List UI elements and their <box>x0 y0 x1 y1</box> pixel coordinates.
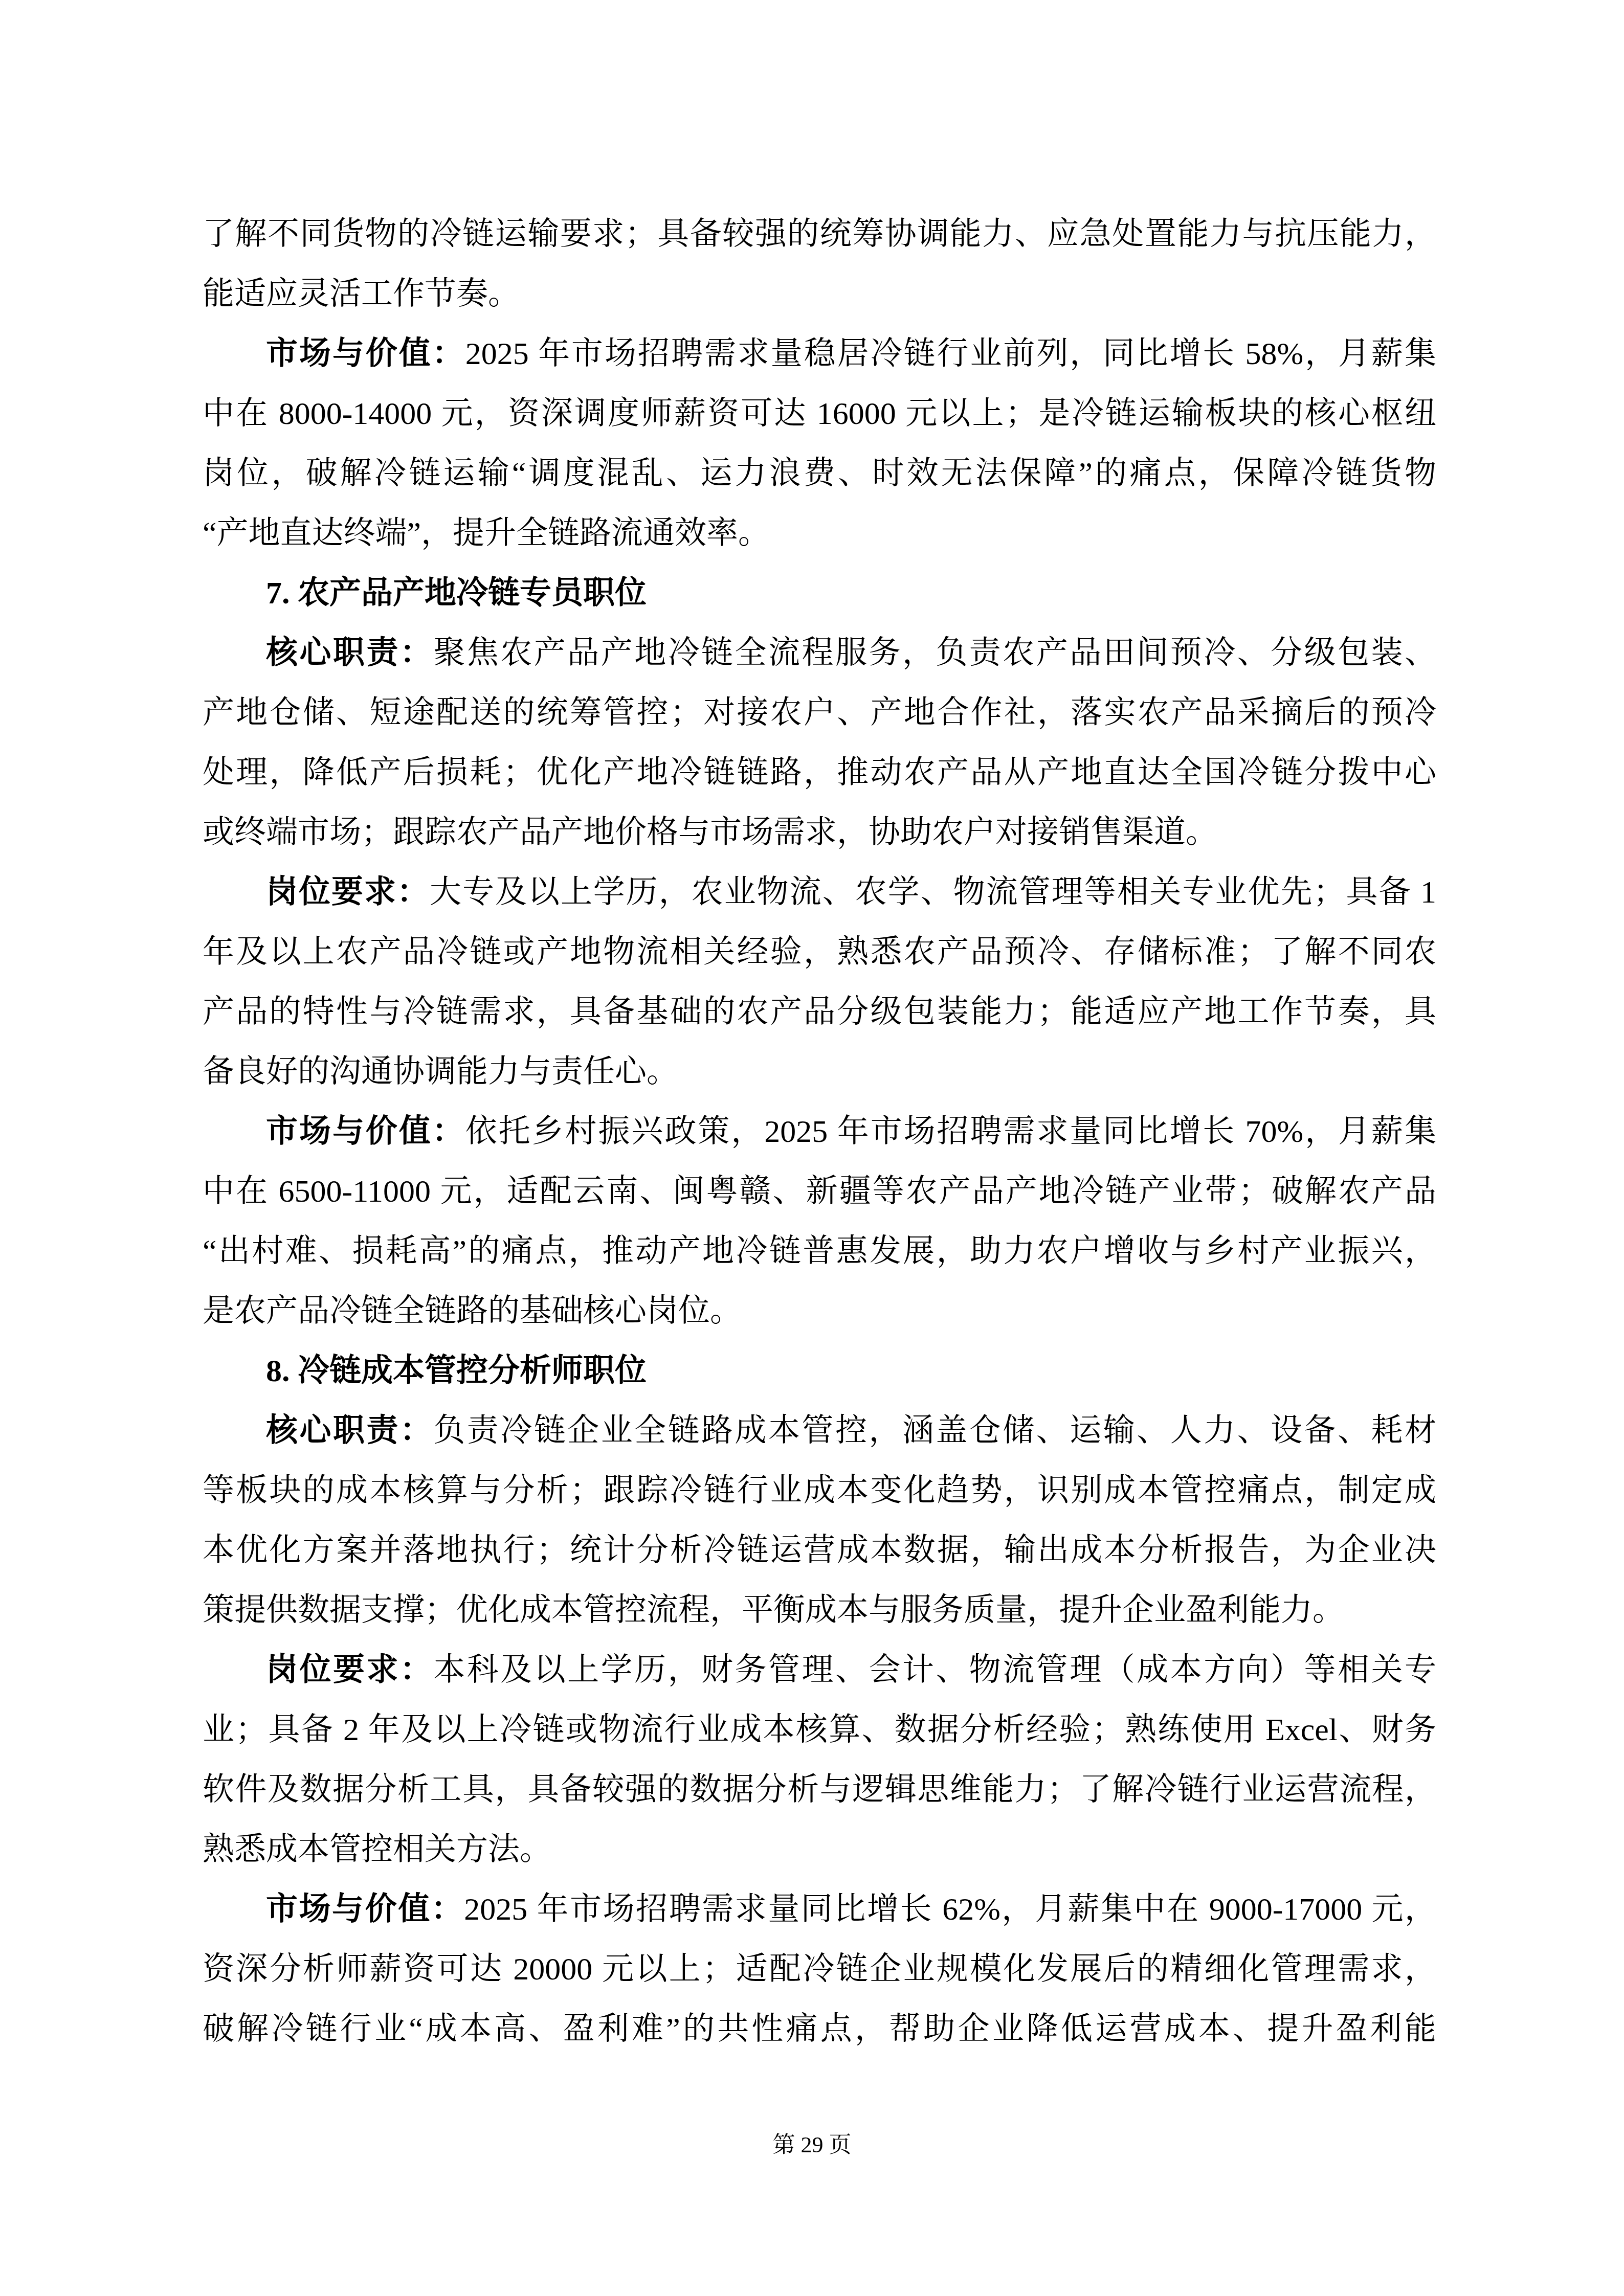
text-line: 岗位，破解冷链运输“调度混乱、运力浪费、时效无法保障”的痛点，保障冷链货物 <box>203 444 1436 504</box>
text-line: 了解不同货物的冷链运输要求；具备较强的统筹协调能力、应急处置能力与抗压能力， <box>203 205 1436 264</box>
text-line: 产品的特性与冷链需求，具备基础的农产品分级包装能力；能适应产地工作节奏，具 <box>203 982 1436 1042</box>
line-text: 2025 年市场招聘需求量稳居冷链行业前列，同比增长 58%，月薪集 <box>465 336 1436 371</box>
line-text: 备良好的沟通协调能力与责任心。 <box>203 1054 678 1089</box>
text-line: 岗位要求：本科及以上学历，财务管理、会计、物流管理（成本方向）等相关专 <box>203 1640 1436 1700</box>
text-line: 本优化方案并落地执行；统计分析冷链运营成本数据，输出成本分析报告，为企业决 <box>203 1521 1436 1581</box>
run-in-label: 市场与价值： <box>266 1114 465 1149</box>
run-in-label: 岗位要求： <box>266 1653 433 1687</box>
text-line: 产地仓储、短途配送的统筹管控；对接农户、产地合作社，落实农产品采摘后的预冷 <box>203 683 1436 743</box>
text-line: 破解冷链行业“成本高、盈利难”的共性痛点，帮助企业降低运营成本、提升盈利能 <box>203 1999 1436 2059</box>
line-text: 产地仓储、短途配送的统筹管控；对接农户、产地合作社，落实农产品采摘后的预冷 <box>203 695 1436 730</box>
paragraph-market-value-7: 市场与价值：依托乡村振兴政策，2025 年市场招聘需求量同比增长 70%，月薪集… <box>203 1102 1436 1341</box>
line-text: 中在 8000-14000 元，资深调度师薪资可达 16000 元以上；是冷链运… <box>203 396 1436 431</box>
page-number: 第 29 页 <box>773 2132 852 2157</box>
line-text: 能适应灵活工作节奏。 <box>203 277 520 311</box>
run-in-label: 市场与价值： <box>266 1892 464 1927</box>
text-line: 资深分析师薪资可达 20000 元以上；适配冷链企业规模化发展后的精细化管理需求… <box>203 1940 1436 1999</box>
text-line: 市场与价值：2025 年市场招聘需求量稳居冷链行业前列，同比增长 58%，月薪集 <box>203 324 1436 384</box>
text-line: 核心职责：负责冷链企业全链路成本管控，涵盖仓储、运输、人力、设备、耗材 <box>203 1401 1436 1461</box>
document-page: 了解不同货物的冷链运输要求；具备较强的统筹协调能力、应急处置能力与抗压能力， 能… <box>0 0 1624 2296</box>
run-in-label: 核心职责： <box>266 1413 433 1448</box>
text-line: 中在 8000-14000 元，资深调度师薪资可达 16000 元以上；是冷链运… <box>203 384 1436 444</box>
line-text: “产地直达终端”，提升全链路流通效率。 <box>203 516 770 551</box>
text-line: “出村难、损耗高”的痛点，推动产地冷链普惠发展，助力农户增收与乡村产业振兴， <box>203 1222 1436 1281</box>
line-text: 或终端市场；跟踪农产品产地价格与市场需求，协助农户对接销售渠道。 <box>203 815 1217 850</box>
line-text: 等板块的成本核算与分析；跟踪冷链行业成本变化趋势，识别成本管控痛点，制定成 <box>203 1473 1436 1508</box>
line-text: 业；具备 2 年及以上冷链或物流行业成本核算、数据分析经验；熟练使用 Excel… <box>203 1713 1436 1747</box>
line-text: 负责冷链企业全链路成本管控，涵盖仓储、运输、人力、设备、耗材 <box>433 1413 1436 1448</box>
line-text: 处理，降低产后损耗；优化产地冷链链路，推动农产品从产地直达全国冷链分拨中心 <box>203 755 1436 790</box>
line-text: 熟悉成本管控相关方法。 <box>203 1832 551 1867</box>
text-line: “产地直达终端”，提升全链路流通效率。 <box>203 504 1436 564</box>
heading-text: 8. 冷链成本管控分析师职位 <box>266 1354 647 1388</box>
text-line: 等板块的成本核算与分析；跟踪冷链行业成本变化趋势，识别成本管控痛点，制定成 <box>203 1461 1436 1521</box>
text-line: 业；具备 2 年及以上冷链或物流行业成本核算、数据分析经验；熟练使用 Excel… <box>203 1700 1436 1760</box>
run-in-label: 市场与价值： <box>266 336 465 371</box>
run-in-label: 核心职责： <box>266 636 433 670</box>
heading-text: 7. 农产品产地冷链专员职位 <box>266 576 647 611</box>
document-body: 了解不同货物的冷链运输要求；具备较强的统筹协调能力、应急处置能力与抗压能力， 能… <box>203 205 1436 2059</box>
text-line: 核心职责：聚焦农产品产地冷链全流程服务，负责农产品田间预冷、分级包装、 <box>203 623 1436 683</box>
heading-line: 7. 农产品产地冷链专员职位 <box>203 564 1436 623</box>
paragraph-market-value-dispatcher: 市场与价值：2025 年市场招聘需求量稳居冷链行业前列，同比增长 58%，月薪集… <box>203 324 1436 564</box>
section-heading-7: 7. 农产品产地冷链专员职位 <box>203 564 1436 623</box>
line-text: 软件及数据分析工具，具备较强的数据分析与逻辑思维能力；了解冷链行业运营流程， <box>203 1772 1436 1807</box>
text-line: 或终端市场；跟踪农产品产地价格与市场需求，协助农户对接销售渠道。 <box>203 803 1436 863</box>
text-line: 处理，降低产后损耗；优化产地冷链链路，推动农产品从产地直达全国冷链分拨中心 <box>203 743 1436 803</box>
text-line: 市场与价值：依托乡村振兴政策，2025 年市场招聘需求量同比增长 70%，月薪集 <box>203 1102 1436 1162</box>
text-line: 岗位要求：大专及以上学历，农业物流、农学、物流管理等相关专业优先；具备 1 <box>203 863 1436 922</box>
text-line: 熟悉成本管控相关方法。 <box>203 1820 1436 1880</box>
line-text: 本科及以上学历，财务管理、会计、物流管理（成本方向）等相关专 <box>433 1653 1436 1687</box>
line-text: 2025 年市场招聘需求量同比增长 62%，月薪集中在 9000-17000 元… <box>464 1892 1436 1927</box>
line-text: 本优化方案并落地执行；统计分析冷链运营成本数据，输出成本分析报告，为企业决 <box>203 1533 1436 1568</box>
line-text: 岗位，破解冷链运输“调度混乱、运力浪费、时效无法保障”的痛点，保障冷链货物 <box>203 456 1436 491</box>
line-text: 大专及以上学历，农业物流、农学、物流管理等相关专业优先；具备 1 <box>430 875 1436 910</box>
line-text: 年及以上农产品冷链或产地物流相关经验，熟悉农产品预冷、存储标准；了解不同农 <box>203 935 1436 970</box>
line-text: 依托乡村振兴政策，2025 年市场招聘需求量同比增长 70%，月薪集 <box>465 1114 1436 1149</box>
text-line: 能适应灵活工作节奏。 <box>203 264 1436 324</box>
line-text: 是农产品冷链全链路的基础核心岗位。 <box>203 1294 742 1329</box>
line-text: 破解冷链行业“成本高、盈利难”的共性痛点，帮助企业降低运营成本、提升盈利能 <box>203 2012 1436 2046</box>
heading-line: 8. 冷链成本管控分析师职位 <box>203 1341 1436 1401</box>
text-line: 策提供数据支撑；优化成本管控流程，平衡成本与服务质量，提升企业盈利能力。 <box>203 1581 1436 1640</box>
line-text: 资深分析师薪资可达 20000 元以上；适配冷链企业规模化发展后的精细化管理需求… <box>203 1952 1436 1987</box>
line-text: 聚焦农产品产地冷链全流程服务，负责农产品田间预冷、分级包装、 <box>433 636 1436 670</box>
line-text: 中在 6500-11000 元，适配云南、闽粤赣、新疆等农产品产地冷链产业带；破… <box>203 1174 1436 1209</box>
section-heading-8: 8. 冷链成本管控分析师职位 <box>203 1341 1436 1401</box>
paragraph-continuation: 了解不同货物的冷链运输要求；具备较强的统筹协调能力、应急处置能力与抗压能力， 能… <box>203 205 1436 324</box>
paragraph-requirements-7: 岗位要求：大专及以上学历，农业物流、农学、物流管理等相关专业优先；具备 1 年及… <box>203 863 1436 1102</box>
paragraph-market-value-8: 市场与价值：2025 年市场招聘需求量同比增长 62%，月薪集中在 9000-1… <box>203 1880 1436 2059</box>
text-line: 中在 6500-11000 元，适配云南、闽粤赣、新疆等农产品产地冷链产业带；破… <box>203 1162 1436 1222</box>
page-footer: 第 29 页 <box>0 2130 1624 2160</box>
paragraph-core-duties-7: 核心职责：聚焦农产品产地冷链全流程服务，负责农产品田间预冷、分级包装、 产地仓储… <box>203 623 1436 863</box>
paragraph-requirements-8: 岗位要求：本科及以上学历，财务管理、会计、物流管理（成本方向）等相关专 业；具备… <box>203 1640 1436 1880</box>
text-line: 备良好的沟通协调能力与责任心。 <box>203 1042 1436 1102</box>
run-in-label: 岗位要求： <box>266 875 430 910</box>
text-line: 市场与价值：2025 年市场招聘需求量同比增长 62%，月薪集中在 9000-1… <box>203 1880 1436 1940</box>
paragraph-core-duties-8: 核心职责：负责冷链企业全链路成本管控，涵盖仓储、运输、人力、设备、耗材 等板块的… <box>203 1401 1436 1640</box>
line-text: 产品的特性与冷链需求，具备基础的农产品分级包装能力；能适应产地工作节奏，具 <box>203 995 1436 1029</box>
text-line: 软件及数据分析工具，具备较强的数据分析与逻辑思维能力；了解冷链行业运营流程， <box>203 1760 1436 1820</box>
text-line: 是农产品冷链全链路的基础核心岗位。 <box>203 1281 1436 1341</box>
line-text: “出村难、损耗高”的痛点，推动产地冷链普惠发展，助力农户增收与乡村产业振兴， <box>203 1234 1436 1269</box>
line-text: 策提供数据支撑；优化成本管控流程，平衡成本与服务质量，提升企业盈利能力。 <box>203 1593 1344 1628</box>
text-line: 年及以上农产品冷链或产地物流相关经验，熟悉农产品预冷、存储标准；了解不同农 <box>203 922 1436 982</box>
line-text: 了解不同货物的冷链运输要求；具备较强的统筹协调能力、应急处置能力与抗压能力， <box>203 217 1436 252</box>
